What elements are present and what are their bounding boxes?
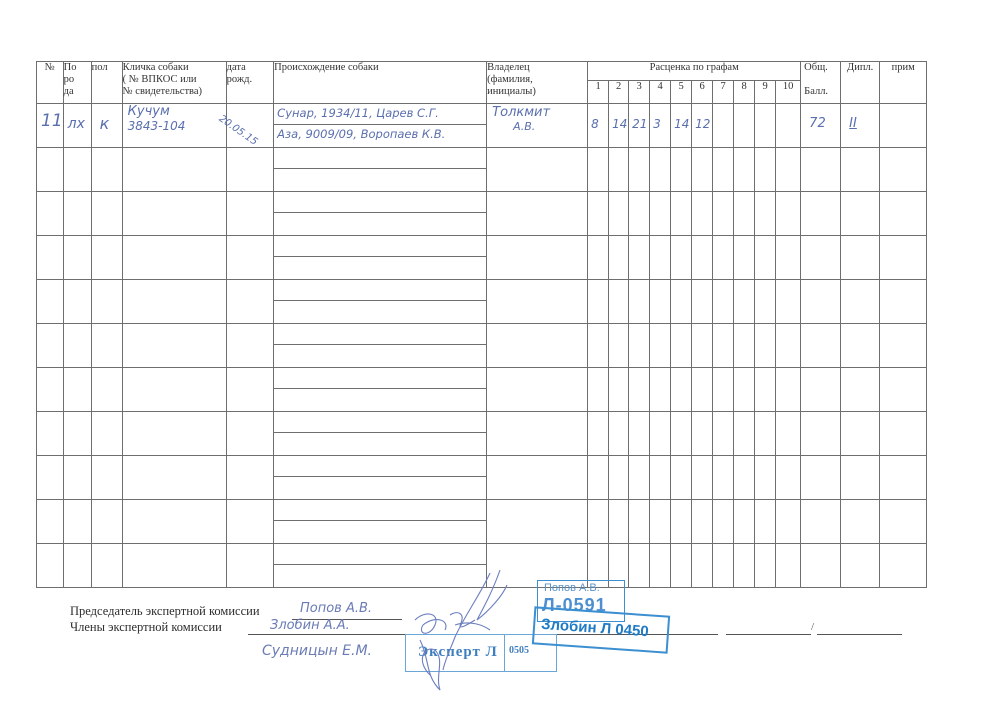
cell-note[interactable]: [880, 456, 927, 500]
cell-sex[interactable]: [91, 236, 122, 280]
cell-grade-8[interactable]: [734, 456, 755, 500]
members-label: Члены экспертной комиссии: [70, 620, 222, 635]
cell-grade-5[interactable]: [671, 324, 692, 368]
cell-grade-1[interactable]: [588, 236, 609, 280]
cell-owner[interactable]: [487, 192, 588, 236]
table-row: [37, 280, 927, 324]
cell-total[interactable]: [801, 412, 841, 456]
cell-grade-9[interactable]: [755, 280, 776, 324]
cell-grade-8[interactable]: [734, 280, 755, 324]
cell-grade-8[interactable]: [734, 192, 755, 236]
cell-dog-name[interactable]: [122, 412, 226, 456]
cell-grade-9[interactable]: [755, 544, 776, 588]
cell-grade-6[interactable]: [692, 412, 713, 456]
cell-grade-8[interactable]: [734, 412, 755, 456]
cell-grade-9[interactable]: [755, 412, 776, 456]
cell-grade-2[interactable]: 14: [609, 104, 629, 148]
cell-diploma[interactable]: [841, 500, 880, 544]
cell-number[interactable]: [37, 412, 64, 456]
cell-owner[interactable]: [487, 148, 588, 192]
cell-number[interactable]: 11: [37, 104, 64, 148]
cell-sex[interactable]: [91, 324, 122, 368]
cell-breed[interactable]: [63, 544, 91, 588]
judging-sheet: № По ро да пол Кличка собаки ( № ВПКОС и…: [0, 0, 1000, 707]
cell-grade-8[interactable]: [734, 104, 755, 148]
header-origin: Происхождение собаки: [274, 62, 487, 104]
cell-origin[interactable]: [274, 324, 487, 368]
cell-grade-4[interactable]: [650, 148, 671, 192]
cell-grade-6[interactable]: [692, 236, 713, 280]
cell-grade-7[interactable]: [713, 368, 734, 412]
members-signature-line-2: [726, 634, 811, 635]
cell-origin[interactable]: [274, 412, 487, 456]
cell-sex[interactable]: [91, 500, 122, 544]
cell-origin[interactable]: [274, 148, 487, 192]
origin-dam: [274, 257, 486, 260]
header-total: Общ. Балл.: [801, 62, 841, 104]
cell-number[interactable]: [37, 544, 64, 588]
cell-total[interactable]: [801, 544, 841, 588]
cell-note[interactable]: [880, 500, 927, 544]
cell-grade-3[interactable]: [629, 192, 650, 236]
cell-grade-8[interactable]: [734, 236, 755, 280]
cell-grade-1[interactable]: [588, 148, 609, 192]
cell-sex[interactable]: [91, 544, 122, 588]
cell-total[interactable]: [801, 280, 841, 324]
header-grade-3: 3: [629, 81, 650, 104]
member-signature-1: Злобин А.А.: [270, 618, 350, 633]
cell-grade-4[interactable]: [650, 192, 671, 236]
cell-breed[interactable]: [63, 280, 91, 324]
cell-grade-7[interactable]: [713, 544, 734, 588]
cell-diploma[interactable]: [841, 412, 880, 456]
cell-grade-6[interactable]: 12: [692, 104, 713, 148]
cell-owner[interactable]: [487, 412, 588, 456]
cell-total[interactable]: [801, 148, 841, 192]
dog-judging-table: № По ро да пол Кличка собаки ( № ВПКОС и…: [36, 61, 927, 588]
header-grade-9: 9: [755, 81, 776, 104]
cell-owner[interactable]: [487, 236, 588, 280]
cell-number[interactable]: [37, 500, 64, 544]
origin-dam: [274, 433, 486, 436]
header-grading: Расценка по графам: [588, 62, 801, 81]
cell-breed[interactable]: [63, 456, 91, 500]
cell-grade-8[interactable]: [734, 324, 755, 368]
origin-dam: [274, 213, 486, 216]
cell-grade-6[interactable]: [692, 280, 713, 324]
cell-sex[interactable]: [91, 412, 122, 456]
cell-note[interactable]: [880, 104, 927, 148]
cell-grade-2[interactable]: [609, 192, 629, 236]
origin-dam: [274, 389, 486, 392]
cell-grade-10[interactable]: [776, 500, 801, 544]
cell-grade-3[interactable]: 21: [629, 104, 650, 148]
origin-dam: [274, 521, 486, 524]
cell-grade-5[interactable]: [671, 280, 692, 324]
cell-note[interactable]: [880, 236, 927, 280]
cell-grade-3[interactable]: [629, 280, 650, 324]
origin-dam: Аза, 9009/09, Воропаев К.В.: [274, 125, 486, 140]
cell-grade-8[interactable]: [734, 500, 755, 544]
header-note: прим: [880, 62, 927, 104]
cell-dog-name[interactable]: [122, 280, 226, 324]
cell-birth-date[interactable]: [226, 280, 274, 324]
cell-grade-3[interactable]: [629, 324, 650, 368]
cell-grade-10[interactable]: [776, 544, 801, 588]
cell-grade-2[interactable]: [609, 456, 629, 500]
cell-breed[interactable]: [63, 412, 91, 456]
cell-total[interactable]: [801, 236, 841, 280]
cell-grade-5[interactable]: [671, 412, 692, 456]
cell-birth-date[interactable]: [226, 148, 274, 192]
cell-birth-date[interactable]: [226, 456, 274, 500]
line-separator: /: [811, 621, 814, 633]
cell-total[interactable]: 72: [801, 104, 841, 148]
cell-diploma[interactable]: II: [841, 104, 880, 148]
cell-origin[interactable]: [274, 456, 487, 500]
cell-sex[interactable]: [91, 280, 122, 324]
cell-dog-name[interactable]: [122, 456, 226, 500]
header-grade-10: 10: [776, 81, 801, 104]
cell-grade-9[interactable]: [755, 456, 776, 500]
table-row: [37, 324, 927, 368]
cell-grade-9[interactable]: [755, 192, 776, 236]
cell-grade-2[interactable]: [609, 368, 629, 412]
cell-note[interactable]: [880, 412, 927, 456]
cell-birth-date[interactable]: [226, 544, 274, 588]
cell-diploma[interactable]: [841, 324, 880, 368]
members-signature-line-3: [817, 634, 902, 635]
cell-grade-1[interactable]: 8: [588, 104, 609, 148]
header-diploma: Дипл.: [841, 62, 880, 104]
cell-grade-10[interactable]: [776, 368, 801, 412]
cell-grade-7[interactable]: [713, 500, 734, 544]
header-grade-4: 4: [650, 81, 671, 104]
origin-sire: Сунар, 1934/11, Царев С.Г.: [274, 104, 486, 119]
cell-dog-name[interactable]: [122, 500, 226, 544]
cell-grade-6[interactable]: [692, 544, 713, 588]
origin-sire: [274, 544, 486, 547]
cell-grade-10[interactable]: [776, 280, 801, 324]
cell-grade-3[interactable]: [629, 148, 650, 192]
origin-sire: [274, 192, 486, 195]
header-birth-date: дата рожд.: [226, 62, 274, 104]
cell-owner[interactable]: [487, 324, 588, 368]
table-row: [37, 412, 927, 456]
cell-grade-10[interactable]: [776, 456, 801, 500]
cell-grade-7[interactable]: [713, 412, 734, 456]
cell-grade-4[interactable]: [650, 280, 671, 324]
origin-dam: [274, 301, 486, 304]
origin-dam: [274, 477, 486, 480]
cell-total[interactable]: [801, 500, 841, 544]
chair-label: Председатель экспертной комиссии: [70, 604, 260, 619]
origin-sire: [274, 368, 486, 371]
cell-grade-2[interactable]: [609, 500, 629, 544]
cell-grade-10[interactable]: [776, 412, 801, 456]
table-row: [37, 368, 927, 412]
cell-grade-2[interactable]: [609, 324, 629, 368]
table-row: [37, 500, 927, 544]
cell-birth-date[interactable]: [226, 368, 274, 412]
cell-grade-4[interactable]: [650, 456, 671, 500]
cell-owner[interactable]: [487, 368, 588, 412]
origin-dam: [274, 565, 486, 568]
cell-grade-1[interactable]: [588, 280, 609, 324]
cell-diploma[interactable]: [841, 368, 880, 412]
cell-grade-5[interactable]: [671, 456, 692, 500]
cell-dog-name[interactable]: [122, 192, 226, 236]
cell-grade-7[interactable]: [713, 192, 734, 236]
cell-grade-5[interactable]: 14: [671, 104, 692, 148]
cell-grade-6[interactable]: [692, 500, 713, 544]
cell-total[interactable]: [801, 368, 841, 412]
cell-total[interactable]: [801, 456, 841, 500]
cell-grade-6[interactable]: [692, 456, 713, 500]
cell-grade-2[interactable]: [609, 148, 629, 192]
cell-grade-5[interactable]: [671, 368, 692, 412]
cell-grade-7[interactable]: [713, 456, 734, 500]
cell-note[interactable]: [880, 368, 927, 412]
cell-grade-5[interactable]: [671, 500, 692, 544]
cell-grade-4[interactable]: [650, 500, 671, 544]
cell-grade-1[interactable]: [588, 412, 609, 456]
cell-grade-9[interactable]: [755, 368, 776, 412]
cell-grade-9[interactable]: [755, 500, 776, 544]
cell-grade-3[interactable]: [629, 456, 650, 500]
table-row: [37, 236, 927, 280]
cell-breed[interactable]: [63, 368, 91, 412]
member-signature-2: Судницын Е.М.: [262, 643, 372, 659]
cell-grade-6[interactable]: [692, 324, 713, 368]
cell-owner[interactable]: [487, 456, 588, 500]
cell-grade-7[interactable]: [713, 280, 734, 324]
cell-grade-4[interactable]: [650, 324, 671, 368]
cell-breed[interactable]: [63, 192, 91, 236]
cell-grade-10[interactable]: [776, 324, 801, 368]
origin-sire: [274, 236, 486, 239]
cell-note[interactable]: [880, 280, 927, 324]
cell-sex[interactable]: [91, 368, 122, 412]
cell-grade-4[interactable]: [650, 236, 671, 280]
origin-sire: [274, 412, 486, 415]
table-row: [37, 544, 927, 588]
cell-grade-3[interactable]: [629, 236, 650, 280]
cell-origin[interactable]: [274, 236, 487, 280]
cell-grade-8[interactable]: [734, 368, 755, 412]
cell-grade-5[interactable]: [671, 544, 692, 588]
cell-grade-6[interactable]: [692, 368, 713, 412]
cell-grade-7[interactable]: [713, 148, 734, 192]
cell-number[interactable]: [37, 324, 64, 368]
cell-dog-name[interactable]: Кучум3843-104: [122, 104, 226, 148]
cell-grade-10[interactable]: [776, 236, 801, 280]
table-row: [37, 456, 927, 500]
cell-grade-2[interactable]: [609, 236, 629, 280]
origin-sire: [274, 280, 486, 283]
cell-grade-9[interactable]: [755, 104, 776, 148]
cell-origin[interactable]: [274, 280, 487, 324]
cell-dog-name[interactable]: [122, 148, 226, 192]
cell-grade-9[interactable]: [755, 324, 776, 368]
cell-grade-5[interactable]: [671, 192, 692, 236]
cell-birth-date[interactable]: [226, 500, 274, 544]
cell-owner[interactable]: [487, 280, 588, 324]
cell-breed[interactable]: [63, 500, 91, 544]
cell-birth-date[interactable]: [226, 412, 274, 456]
cell-number[interactable]: [37, 280, 64, 324]
cell-dog-name[interactable]: [122, 324, 226, 368]
cell-birth-date[interactable]: 20.05.15: [226, 104, 274, 148]
header-sex: пол: [91, 62, 122, 104]
cell-sex[interactable]: [91, 192, 122, 236]
table-row: 11лхкКучум3843-10420.05.15Сунар, 1934/11…: [37, 104, 927, 148]
cell-note[interactable]: [880, 148, 927, 192]
cell-birth-date[interactable]: [226, 192, 274, 236]
cell-grade-4[interactable]: [650, 412, 671, 456]
cell-origin[interactable]: [274, 500, 487, 544]
cell-number[interactable]: [37, 456, 64, 500]
cell-grade-9[interactable]: [755, 236, 776, 280]
header-grade-6: 6: [692, 81, 713, 104]
origin-sire: [274, 148, 486, 151]
cell-total[interactable]: [801, 192, 841, 236]
cell-breed[interactable]: [63, 148, 91, 192]
cell-grade-2[interactable]: [609, 412, 629, 456]
cell-grade-7[interactable]: [713, 236, 734, 280]
header-grade-5: 5: [671, 81, 692, 104]
cell-total[interactable]: [801, 324, 841, 368]
cell-sex[interactable]: [91, 456, 122, 500]
header-grade-2: 2: [609, 81, 629, 104]
cell-grade-1[interactable]: [588, 500, 609, 544]
header-dog-name: Кличка собаки ( № ВПКОС или № свидетельс…: [122, 62, 226, 104]
cell-diploma[interactable]: [841, 236, 880, 280]
cell-grade-6[interactable]: [692, 148, 713, 192]
cell-number[interactable]: [37, 148, 64, 192]
cell-grade-7[interactable]: [713, 104, 734, 148]
cell-note[interactable]: [880, 192, 927, 236]
cell-dog-name[interactable]: [122, 544, 226, 588]
cell-grade-8[interactable]: [734, 544, 755, 588]
header-grade-8: 8: [734, 81, 755, 104]
cell-sex[interactable]: к: [91, 104, 122, 148]
cell-diploma[interactable]: [841, 456, 880, 500]
cell-grade-3[interactable]: [629, 412, 650, 456]
cell-grade-4[interactable]: [650, 544, 671, 588]
cell-origin[interactable]: [274, 544, 487, 588]
cell-number[interactable]: [37, 192, 64, 236]
cell-dog-name[interactable]: [122, 236, 226, 280]
cell-grade-4[interactable]: [650, 368, 671, 412]
cell-grade-10[interactable]: [776, 104, 801, 148]
cell-grade-4[interactable]: 3: [650, 104, 671, 148]
cell-number[interactable]: [37, 368, 64, 412]
header-grade-1: 1: [588, 81, 609, 104]
header-number: №: [37, 62, 64, 104]
cell-diploma[interactable]: [841, 544, 880, 588]
cell-birth-date[interactable]: [226, 324, 274, 368]
cell-grade-1[interactable]: [588, 368, 609, 412]
cell-dog-name[interactable]: [122, 368, 226, 412]
origin-sire: [274, 456, 486, 459]
cell-origin[interactable]: [274, 368, 487, 412]
cell-number[interactable]: [37, 236, 64, 280]
header-breed: По ро да: [63, 62, 91, 104]
table-row: [37, 192, 927, 236]
cell-grade-9[interactable]: [755, 148, 776, 192]
cell-breed[interactable]: [63, 324, 91, 368]
cell-origin[interactable]: [274, 192, 487, 236]
cell-grade-3[interactable]: [629, 368, 650, 412]
cell-grade-1[interactable]: [588, 324, 609, 368]
cell-breed[interactable]: [63, 236, 91, 280]
cell-origin[interactable]: Сунар, 1934/11, Царев С.Г.Аза, 9009/09, …: [274, 104, 487, 148]
table-row: [37, 148, 927, 192]
cell-grade-3[interactable]: [629, 544, 650, 588]
cell-sex[interactable]: [91, 148, 122, 192]
origin-dam: [274, 169, 486, 172]
cell-birth-date[interactable]: [226, 236, 274, 280]
cell-diploma[interactable]: [841, 148, 880, 192]
cell-note[interactable]: [880, 324, 927, 368]
cell-grade-6[interactable]: [692, 192, 713, 236]
cell-note[interactable]: [880, 544, 927, 588]
cell-grade-3[interactable]: [629, 500, 650, 544]
cell-grade-5[interactable]: [671, 236, 692, 280]
cell-owner[interactable]: [487, 500, 588, 544]
cell-grade-7[interactable]: [713, 324, 734, 368]
origin-sire: [274, 324, 486, 327]
origin-dam: [274, 345, 486, 348]
cell-diploma[interactable]: [841, 280, 880, 324]
cell-diploma[interactable]: [841, 192, 880, 236]
cell-grade-1[interactable]: [588, 456, 609, 500]
cell-grade-10[interactable]: [776, 148, 801, 192]
cell-grade-8[interactable]: [734, 148, 755, 192]
cell-grade-1[interactable]: [588, 192, 609, 236]
origin-sire: [274, 500, 486, 503]
cell-grade-2[interactable]: [609, 280, 629, 324]
cell-owner[interactable]: ТолкмитА.В.: [487, 104, 588, 148]
cell-breed[interactable]: лх: [63, 104, 91, 148]
header-grade-7: 7: [713, 81, 734, 104]
chair-signature: Попов А.В.: [300, 601, 372, 616]
cell-grade-5[interactable]: [671, 148, 692, 192]
cell-grade-10[interactable]: [776, 192, 801, 236]
header-owner: Владелец (фамилия, инициалы): [487, 62, 588, 104]
